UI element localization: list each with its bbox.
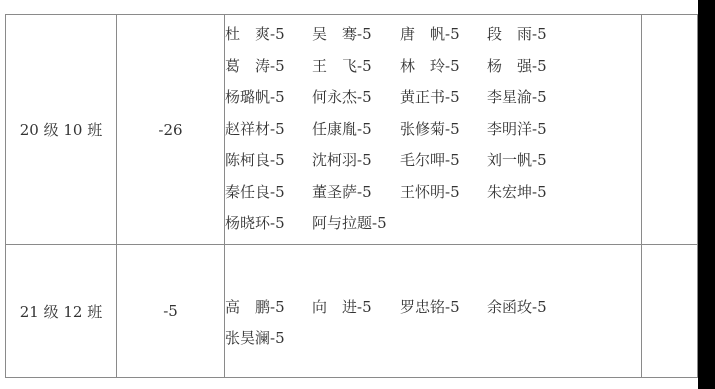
class-name-cell: 21 级 12 班 — [6, 245, 117, 378]
black-edge-strip — [698, 0, 715, 389]
score-cell: -5 — [117, 245, 225, 378]
student-entry: 任康胤-5 — [312, 114, 400, 146]
remarks-cell — [642, 15, 698, 245]
student-entry: 董圣萨-5 — [312, 177, 400, 209]
student-entry: 赵祥材-5 — [225, 114, 312, 146]
score-cell: -26 — [117, 15, 225, 245]
student-entry: 沈柯羽-5 — [312, 145, 400, 177]
student-entry: 杨晓环-5 — [225, 208, 312, 240]
student-entry: 段 雨-5 — [487, 19, 607, 51]
student-entry: 高 鹏-5 — [225, 292, 312, 324]
student-entry: 杨 强-5 — [487, 51, 607, 83]
student-entry: 王 飞-5 — [312, 51, 400, 83]
student-entry: 陈柯良-5 — [225, 145, 312, 177]
student-entry: 杨璐帆-5 — [225, 82, 312, 114]
student-grid: 高 鹏-5向 进-5罗忠铭-5余函玫-5张昊澜-5 — [225, 292, 641, 355]
student-entry: 王怀明-5 — [400, 177, 487, 209]
student-entry: 余函玫-5 — [487, 292, 607, 324]
student-list-cell: 高 鹏-5向 进-5罗忠铭-5余函玫-5张昊澜-5 — [225, 245, 642, 378]
student-entry: 杜 爽-5 — [225, 19, 312, 51]
table-row: 20 级 10 班 -26 杜 爽-5吴 骞-5唐 帆-5段 雨-5葛 涛-5王… — [6, 15, 698, 245]
student-entry: 秦任良-5 — [225, 177, 312, 209]
student-grid: 杜 爽-5吴 骞-5唐 帆-5段 雨-5葛 涛-5王 飞-5林 玲-5杨 强-5… — [225, 19, 641, 240]
deduction-table: 20 级 10 班 -26 杜 爽-5吴 骞-5唐 帆-5段 雨-5葛 涛-5王… — [5, 14, 698, 378]
table-row: 21 级 12 班 -5 高 鹏-5向 进-5罗忠铭-5余函玫-5张昊澜-5 — [6, 245, 698, 378]
student-entry: 阿与拉题-5 — [312, 208, 400, 240]
student-entry: 林 玲-5 — [400, 51, 487, 83]
student-entry: 葛 涛-5 — [225, 51, 312, 83]
student-list-cell: 杜 爽-5吴 骞-5唐 帆-5段 雨-5葛 涛-5王 飞-5林 玲-5杨 强-5… — [225, 15, 642, 245]
student-entry: 黄正书-5 — [400, 82, 487, 114]
student-entry: 唐 帆-5 — [400, 19, 487, 51]
class-name-cell: 20 级 10 班 — [6, 15, 117, 245]
student-entry: 李星渝-5 — [487, 82, 607, 114]
student-entry: 吴 骞-5 — [312, 19, 400, 51]
remarks-cell — [642, 245, 698, 378]
student-entry: 罗忠铭-5 — [400, 292, 487, 324]
student-entry: 张昊澜-5 — [225, 323, 312, 355]
student-entry: 刘一帆-5 — [487, 145, 607, 177]
student-entry: 朱宏坤-5 — [487, 177, 607, 209]
student-entry: 张修菊-5 — [400, 114, 487, 146]
student-entry: 何永杰-5 — [312, 82, 400, 114]
student-entry: 毛尔呷-5 — [400, 145, 487, 177]
student-entry: 向 进-5 — [312, 292, 400, 324]
student-entry: 李明洋-5 — [487, 114, 607, 146]
